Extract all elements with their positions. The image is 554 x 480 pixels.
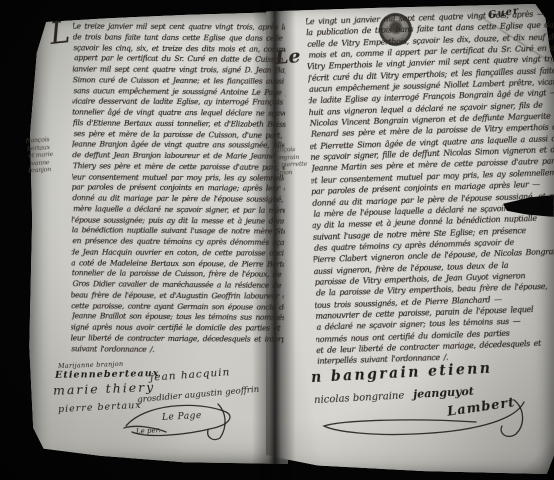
left-page-body-text: Le treize janvier mil sept cent quatre v… <box>71 21 286 360</box>
manuscript-line: signé après nous avoir certifié le domic… <box>71 322 283 334</box>
left-paragraph-mark: L <box>48 15 71 52</box>
manuscript-line: de trois bans faite tant dans cette Egli… <box>73 32 286 44</box>
manuscript-line: suivant l'ordonnance /. <box>71 344 284 356</box>
manuscript-line: mère laquelle a déclaré ne sçavoir signe… <box>73 204 286 217</box>
signature-le-page-title: Le per. <box>136 426 161 436</box>
left-margin-note: françoisbertauxet mariejeannebranjon <box>27 135 74 176</box>
manuscript-line: Thiery ses père et mère de cette paroiss… <box>73 161 286 174</box>
manuscript-line: de Jean Hacquin ouvrier en coton, de cet… <box>71 247 284 259</box>
signature-le-page: Le Page <box>162 411 202 423</box>
manuscript-line: leur liberté de contracter mariage, déce… <box>71 333 284 345</box>
right-paragraph-mark: Le <box>274 45 301 69</box>
register-scan: L françoisbertauxet mariejeannebranjon L… <box>0 0 554 480</box>
right-page-body-text: Le vingt un janvier mil sept cent quatre… <box>306 8 554 370</box>
manuscript-line: Le treize janvier mil sept cent quatre v… <box>72 21 285 33</box>
